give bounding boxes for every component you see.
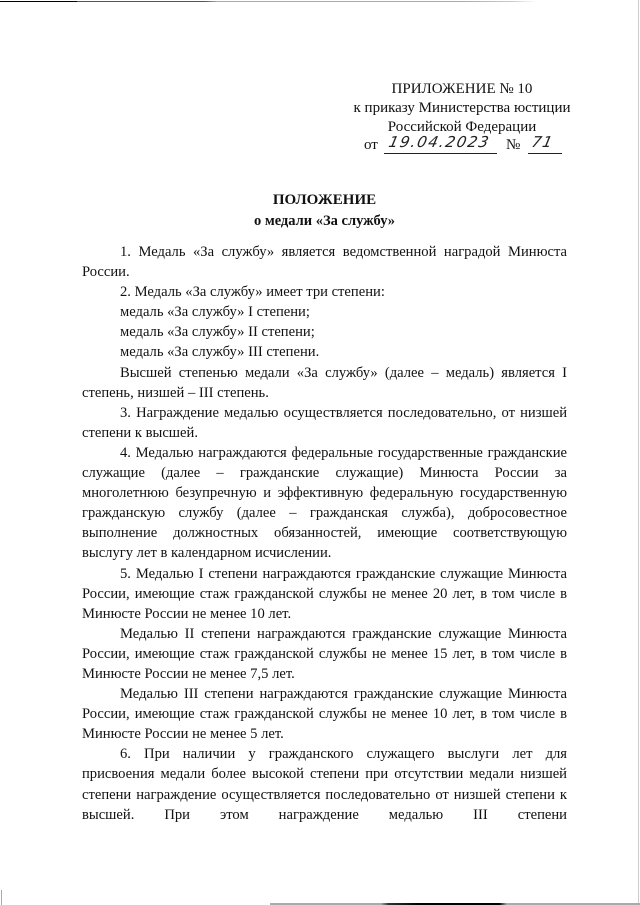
document-title: ПОЛОЖЕНИЕ о медали «За службу» — [82, 190, 567, 231]
order-date-number: от 19.04.2023 № 71 — [364, 136, 564, 158]
appendix-label: ПРИЛОЖЕНИЕ № 10 — [340, 80, 584, 99]
degree-1-item: медаль «За службу» I степени; — [82, 302, 567, 322]
scan-edge-top — [0, 1, 640, 2]
appendix-header: ПРИЛОЖЕНИЕ № 10 к приказу Министерства ю… — [340, 80, 584, 137]
paragraph-5-degree-2: Медалью II степени награждаются гражданс… — [82, 624, 567, 684]
paragraph-2: 2. Медаль «За службу» имеет три степени: — [82, 282, 567, 302]
date-field: 19.04.2023 — [384, 133, 497, 154]
document-page: ПРИЛОЖЕНИЕ № 10 к приказу Министерства ю… — [0, 0, 640, 905]
title-subtitle: о медали «За службу» — [82, 211, 567, 231]
paragraph-highest-degree: Высшей степенью медали «За службу» (дале… — [82, 363, 567, 403]
scan-edge-right — [638, 0, 639, 905]
degree-2-item: медаль «За службу» II степени; — [82, 322, 567, 342]
paragraph-5: 5. Медалью I степени награждаются гражда… — [82, 564, 567, 624]
paragraph-3: 3. Награждение медалью осуществляется по… — [82, 403, 567, 443]
number-prefix: № — [506, 137, 520, 154]
handwritten-number: 71 — [530, 133, 555, 151]
number-field: 71 — [528, 133, 562, 154]
order-line: к приказу Министерства юстиции — [340, 99, 584, 118]
title-main: ПОЛОЖЕНИЕ — [82, 190, 567, 210]
degree-3-item: медаль «За службу» III степени. — [82, 342, 567, 362]
paragraph-4: 4. Медалью награждаются федеральные госу… — [82, 443, 567, 564]
paragraph-6: 6. При наличии у гражданского служащего … — [82, 744, 567, 824]
document-body: 1. Медаль «За службу» является ведомстве… — [82, 242, 567, 825]
date-prefix: от — [364, 137, 378, 154]
handwritten-date: 19.04.2023 — [387, 133, 492, 151]
scan-edge-left — [1, 890, 2, 905]
paragraph-1: 1. Медаль «За службу» является ведомстве… — [82, 242, 567, 282]
paragraph-5-degree-3: Медалью III степени награждаются граждан… — [82, 684, 567, 744]
